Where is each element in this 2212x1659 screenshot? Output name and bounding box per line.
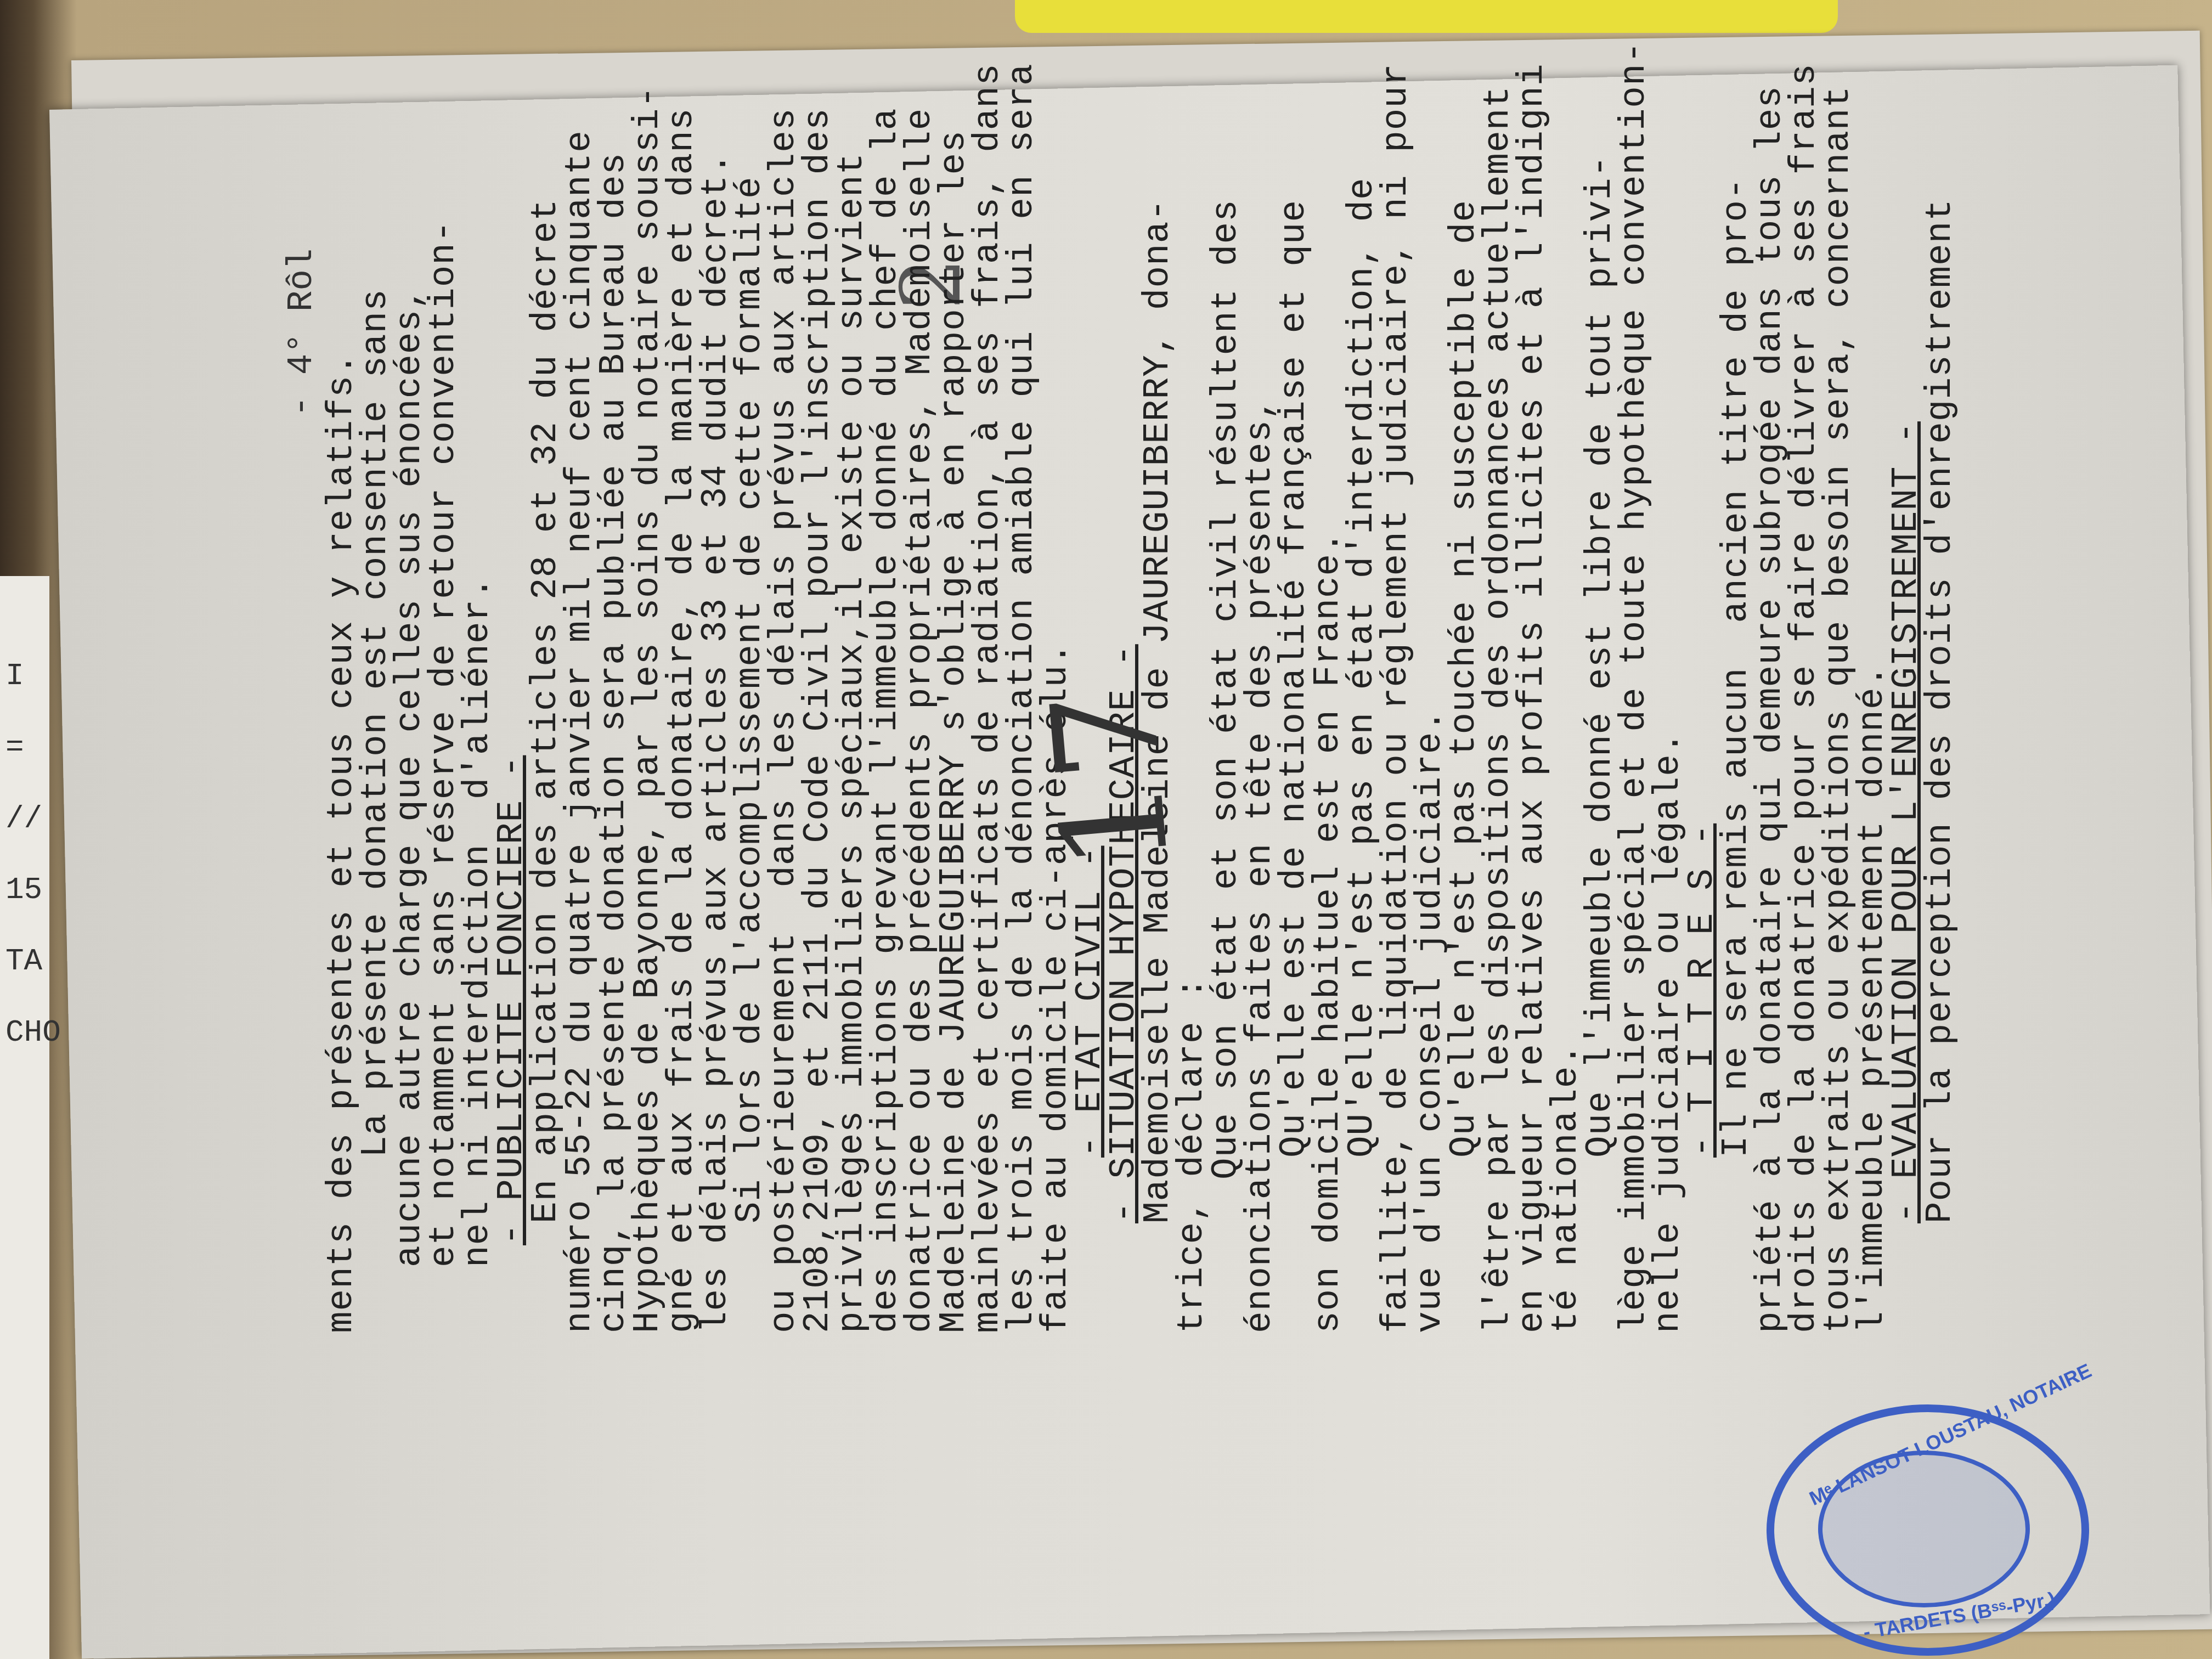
margin-fragment: I <box>5 658 24 693</box>
yellow-folder-tab <box>1015 0 1838 33</box>
margin-fragment: CHO <box>5 1015 61 1050</box>
left-margin-note: I=//15TACHO <box>0 576 49 1659</box>
margin-fragment: TA <box>5 944 42 979</box>
margin-fragment: 15 <box>5 872 42 907</box>
margin-fragment: // <box>5 801 42 836</box>
margin-fragment: = <box>5 730 24 765</box>
notary-stamp: Mᵉ LANSOT-LOUSTAU, NOTAIRE - TARDETS (Bˢ… <box>1767 1404 2089 1656</box>
text-line: Pour la perception des droits d'enregist… <box>1906 199 1974 1223</box>
handwritten-mark: 17 <box>1021 682 1202 877</box>
